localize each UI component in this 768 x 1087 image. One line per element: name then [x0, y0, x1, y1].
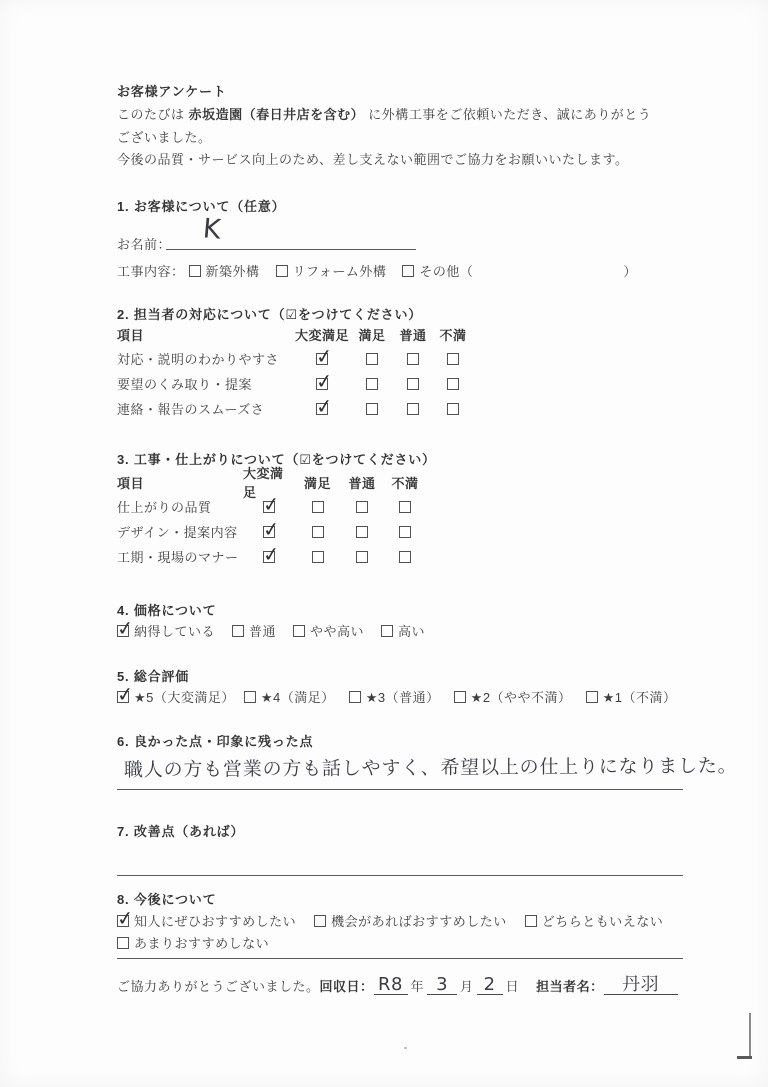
scan-speck — [404, 1047, 407, 1049]
checkbox[interactable]: ✓ — [447, 353, 459, 365]
price-option: ✓ 納得している — [117, 621, 215, 640]
column-header-satisfied: 満足 — [351, 322, 393, 346]
day-suffix: 日 — [506, 976, 520, 995]
recommend-option-label: あまりおすすめしない — [134, 933, 269, 952]
checkbox[interactable]: ✓ — [312, 501, 324, 513]
column-header-satisfied: 満足 — [295, 470, 340, 494]
price-option-label: 普通 — [249, 621, 276, 640]
row-label: 要望のくみ取り・提案 — [117, 371, 293, 396]
section-2-heading: 2. 担当者の対応について（☑をつけてください） — [117, 304, 422, 323]
checkmark: ✓ — [262, 493, 281, 515]
checkbox-star5[interactable]: ✓ — [117, 691, 129, 703]
company-name: 赤坂造園（春日井店を含む） — [189, 107, 365, 122]
work-option-label: その他（ — [419, 261, 473, 280]
overall-rating-row: ✓ ★5（大変満足） ✓ ★4（満足） ✓ ★3（普通） ✓ ★2（やや不満） … — [117, 687, 676, 706]
row-label: 対応・説明のわかりやすさ — [117, 346, 293, 371]
checkbox-star3[interactable]: ✓ — [349, 691, 361, 703]
price-option-label: 納得している — [134, 621, 215, 640]
checkbox[interactable]: ✓ — [316, 403, 328, 415]
collected-day-slot: 2 — [477, 979, 503, 995]
staff-name-label: 担当者名： — [536, 976, 604, 995]
recommend-option: ✓ 機会があればおすすめしたい — [314, 911, 507, 930]
collected-date-label: 回収日： — [320, 976, 374, 995]
checkbox[interactable]: ✓ — [447, 403, 459, 415]
price-options-row: ✓ 納得している ✓ 普通 ✓ やや高い ✓ 高い — [117, 621, 425, 640]
good-points-handwritten-answer: 職人の方も営業の方も話しやすく、希望以上の仕上りになりました。 — [124, 751, 738, 782]
checkbox-price-high[interactable]: ✓ — [381, 625, 393, 637]
price-option: ✓ 高い — [381, 621, 425, 640]
checkmark: ✓ — [315, 395, 334, 417]
column-header-item: 項目 — [117, 470, 243, 494]
month-suffix: 月 — [460, 976, 474, 995]
column-header-item: 項目 — [117, 322, 293, 346]
checkbox-star4[interactable]: ✓ — [244, 691, 256, 703]
intro-line1-post: に外構工事をご依頼いただき、誠にありがとう — [364, 107, 651, 122]
intro-line2: ございました。 — [117, 130, 212, 145]
checkmark: ✓ — [116, 617, 135, 639]
checkbox[interactable]: ✓ — [316, 378, 328, 390]
staff-name-handwritten: 丹羽 — [622, 978, 659, 992]
recommend-option: ✓ あまりおすすめしない — [117, 933, 269, 952]
checkbox-recommend-definitely[interactable]: ✓ — [117, 915, 129, 927]
checkbox[interactable]: ✓ — [316, 353, 328, 365]
thanks-text: ご協力ありがとうございました。 — [117, 976, 320, 995]
checkbox[interactable]: ✓ — [399, 501, 411, 513]
checkbox[interactable]: ✓ — [263, 551, 275, 563]
collected-day-handwritten: 2 — [484, 978, 496, 992]
name-underline — [166, 249, 416, 250]
checkbox[interactable]: ✓ — [366, 403, 378, 415]
checkmark: ✓ — [315, 370, 334, 392]
section-5-heading: 5. 総合評価 — [117, 666, 189, 685]
name-label: お名前： — [117, 234, 171, 253]
column-header-very-satisfied: 大変満足 — [293, 322, 351, 346]
checkmark: ✓ — [262, 518, 281, 540]
recommend-options-row-2: ✓ あまりおすすめしない — [117, 933, 269, 952]
column-header-neutral: 普通 — [340, 470, 384, 494]
section-3-rating-table: 項目 大変満足 満足 普通 不満 仕上がりの品質 ✓ ✓ ✓ ✓ デザイン・提案… — [117, 470, 426, 569]
section-2-rating-table: 項目 大変満足 満足 普通 不満 対応・説明のわかりやすさ ✓ ✓ ✓ ✓ 要望… — [117, 322, 473, 421]
rating-option-label: ★2（やや不満） — [471, 687, 572, 706]
name-value-handwritten: K — [202, 213, 223, 245]
intro-text: このたびは 赤坂造園（春日井店を含む） に外構工事をご依頼いただき、誠にありがと… — [117, 104, 677, 172]
rating-option-label: ★1（不満） — [603, 687, 677, 706]
checkbox-price-fair[interactable]: ✓ — [117, 625, 129, 637]
recommend-options-row-1: ✓ 知人にぜひおすすめしたい ✓ 機会があればおすすめしたい ✓ どちらともいえ… — [117, 911, 663, 930]
recommend-option-label: 知人にぜひおすすめしたい — [134, 911, 296, 930]
row-label: 仕上がりの品質 — [117, 494, 243, 519]
rating-option-5: ✓ ★5（大変満足） — [117, 687, 235, 706]
survey-scan-page: お客様アンケート このたびは 赤坂造園（春日井店を含む） に外構工事をご依頼いた… — [0, 0, 768, 1087]
column-header-very-satisfied: 大変満足 — [243, 470, 295, 494]
checkbox[interactable]: ✓ — [356, 501, 368, 513]
section-6-heading: 6. 良かった点・印象に残った点 — [117, 731, 313, 750]
checkbox-other[interactable]: ✓ — [402, 265, 414, 277]
checkbox[interactable]: ✓ — [366, 353, 378, 365]
year-suffix: 年 — [411, 976, 425, 995]
collected-year-handwritten: R8 — [378, 978, 403, 992]
checkbox-reform[interactable]: ✓ — [276, 265, 288, 277]
checkbox[interactable]: ✓ — [312, 551, 324, 563]
staff-name-slot: 丹羽 — [604, 979, 678, 995]
checkbox[interactable]: ✓ — [399, 526, 411, 538]
collected-year-slot: R8 — [374, 979, 408, 995]
collected-month-slot: 3 — [427, 979, 457, 995]
price-option-label: 高い — [398, 621, 425, 640]
price-option: ✓ やや高い — [293, 621, 364, 640]
checkbox[interactable]: ✓ — [407, 378, 419, 390]
checkmark: ✓ — [116, 683, 135, 705]
checkbox[interactable]: ✓ — [447, 378, 459, 390]
scan-corner-mark-horizontal — [737, 1056, 752, 1059]
collected-month-handwritten: 3 — [436, 978, 448, 992]
checkbox-recommend-not[interactable]: ✓ — [117, 937, 129, 949]
rating-option-label: ★4（満足） — [261, 687, 335, 706]
checkmark: ✓ — [315, 345, 334, 367]
page-title: お客様アンケート — [117, 81, 227, 100]
checkbox[interactable]: ✓ — [263, 501, 275, 513]
section-4-heading: 4. 価格について — [117, 600, 216, 619]
recommend-option: ✓ どちらともいえない — [525, 911, 664, 930]
checkbox-price-somewhat-high[interactable]: ✓ — [293, 625, 305, 637]
footer-row: ご協力ありがとうございました。 回収日： R8 年 3 月 2 日 担当者名： … — [117, 976, 678, 995]
checkmark: ✓ — [262, 543, 281, 565]
price-option: ✓ 普通 — [232, 621, 276, 640]
close-paren: ） — [623, 261, 637, 280]
recommend-option-label: 機会があればおすすめしたい — [331, 911, 507, 930]
rating-option-3: ✓ ★3（普通） — [349, 687, 440, 706]
checkbox[interactable]: ✓ — [263, 526, 275, 538]
row-label: 工期・現場のマナー — [117, 544, 243, 569]
checkmark: ✓ — [116, 907, 135, 929]
answer-underline — [117, 789, 683, 790]
column-header-dissatisfied: 不満 — [433, 322, 473, 346]
recommend-option: ✓ 知人にぜひおすすめしたい — [117, 911, 296, 930]
work-type-label: 工事内容： — [117, 261, 185, 280]
checkbox[interactable]: ✓ — [312, 526, 324, 538]
rating-option-1: ✓ ★1（不満） — [586, 687, 677, 706]
section-1-heading: 1. お客様について（任意） — [117, 196, 285, 215]
rating-option-2: ✓ ★2（やや不満） — [454, 687, 572, 706]
section-8-heading: 8. 今後について — [117, 889, 216, 908]
intro-line3: 今後の品質・サービス向上のため、差し支えない範囲でご協力をお願いいたします。 — [117, 152, 628, 167]
intro-line1-pre: このたびは — [117, 107, 189, 122]
work-type-row: 工事内容： ✓ 新築外構 ✓ リフォーム外構 ✓ その他（ ） — [117, 261, 637, 280]
scan-corner-mark-vertical — [749, 1013, 751, 1058]
work-option-other: ✓ その他（ — [402, 261, 473, 280]
checkbox-star2[interactable]: ✓ — [454, 691, 466, 703]
footer-separator — [117, 958, 683, 959]
checkbox-new-build[interactable]: ✓ — [189, 265, 201, 277]
column-header-dissatisfied: 不満 — [384, 470, 426, 494]
checkbox[interactable]: ✓ — [356, 551, 368, 563]
checkbox-recommend-if-chance[interactable]: ✓ — [314, 915, 326, 927]
recommend-option-label: どちらともいえない — [542, 911, 664, 930]
section-7-heading: 7. 改善点（あれば） — [117, 821, 244, 840]
rating-option-label: ★3（普通） — [366, 687, 440, 706]
answer-underline — [117, 875, 683, 876]
checkbox-star1[interactable]: ✓ — [586, 691, 598, 703]
checkbox[interactable]: ✓ — [356, 526, 368, 538]
rating-option-label: ★5（大変満足） — [134, 687, 235, 706]
work-option-new-build: ✓ 新築外構 — [189, 261, 260, 280]
column-header-neutral: 普通 — [393, 322, 433, 346]
checkbox[interactable]: ✓ — [407, 353, 419, 365]
checkbox[interactable]: ✓ — [366, 378, 378, 390]
row-label: デザイン・提案内容 — [117, 519, 243, 544]
price-option-label: やや高い — [310, 621, 364, 640]
row-label: 連絡・報告のスムーズさ — [117, 396, 293, 421]
work-option-label: リフォーム外構 — [293, 261, 387, 280]
rating-option-4: ✓ ★4（満足） — [244, 687, 335, 706]
checkbox[interactable]: ✓ — [399, 551, 411, 563]
work-option-reform: ✓ リフォーム外構 — [276, 261, 387, 280]
checkbox[interactable]: ✓ — [407, 403, 419, 415]
checkbox-price-normal[interactable]: ✓ — [232, 625, 244, 637]
checkbox-recommend-neutral[interactable]: ✓ — [525, 915, 537, 927]
work-option-label: 新築外構 — [206, 261, 260, 280]
